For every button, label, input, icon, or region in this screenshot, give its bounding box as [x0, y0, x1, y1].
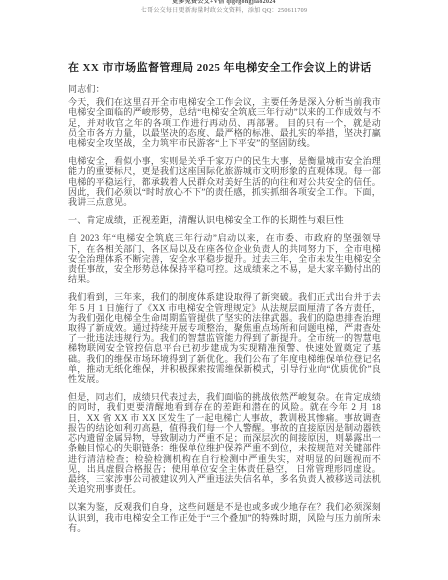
document-body: 在 XX 市市场监督管理局 2025 年电梯安全工作会议上的讲话 同志们： 今天… — [68, 62, 381, 541]
salutation: 同志们： — [68, 84, 381, 94]
section-heading-1: 一、肯定成绩，正视差距，清醒认识电梯安全工作的长期性与艰巨性 — [68, 215, 381, 225]
document-page: 更多免费公文+V信 qigegongjiao2024 七哥公交每日更新海量时政公… — [0, 0, 448, 580]
paragraph-intro: 今天，我们在这里召开全市电梯安全工作会议，主要任务是深入分析当前我市电梯安全面临… — [68, 97, 381, 148]
watermark-line-1: 更多免费公文+V信 qigegongjiao2024 — [0, 0, 448, 6]
document-title: 在 XX 市市场监督管理局 2025 年电梯安全工作会议上的讲话 — [68, 62, 381, 75]
paragraph-achievements-detail: 我们看到，三年来，我们的制度体系建设取得了新突破。我们正式出台并于去年 5 月 … — [68, 292, 381, 384]
paragraph-reflection: 以案为鉴，反观我们自身，这些问题是不是也或多或少地存在？我们必须深刻认识到，我市… — [68, 502, 381, 533]
paragraph-achievements-overview: 自 2023 年“电梯安全筑底三年行动”启动以来，在市委、市政府的坚强领导下，在… — [68, 233, 381, 284]
paragraph-accident-case: 但是，同志们，成绩只代表过去，我们面临的挑战依然严峻复杂。在肯定成绩的同时，我们… — [68, 392, 381, 494]
paragraph-significance: 电梯安全，看似小事，实则是关乎千家万户的民生大事，是衡量城市安全治理能力的重要标… — [68, 156, 381, 207]
watermark-header: 更多免费公文+V信 qigegongjiao2024 七哥公交每日更新海量时政公… — [0, 0, 448, 15]
watermark-line-2: 七哥公交每日更新海量时政公文资料，添加 QQ：250611709 — [0, 8, 448, 15]
